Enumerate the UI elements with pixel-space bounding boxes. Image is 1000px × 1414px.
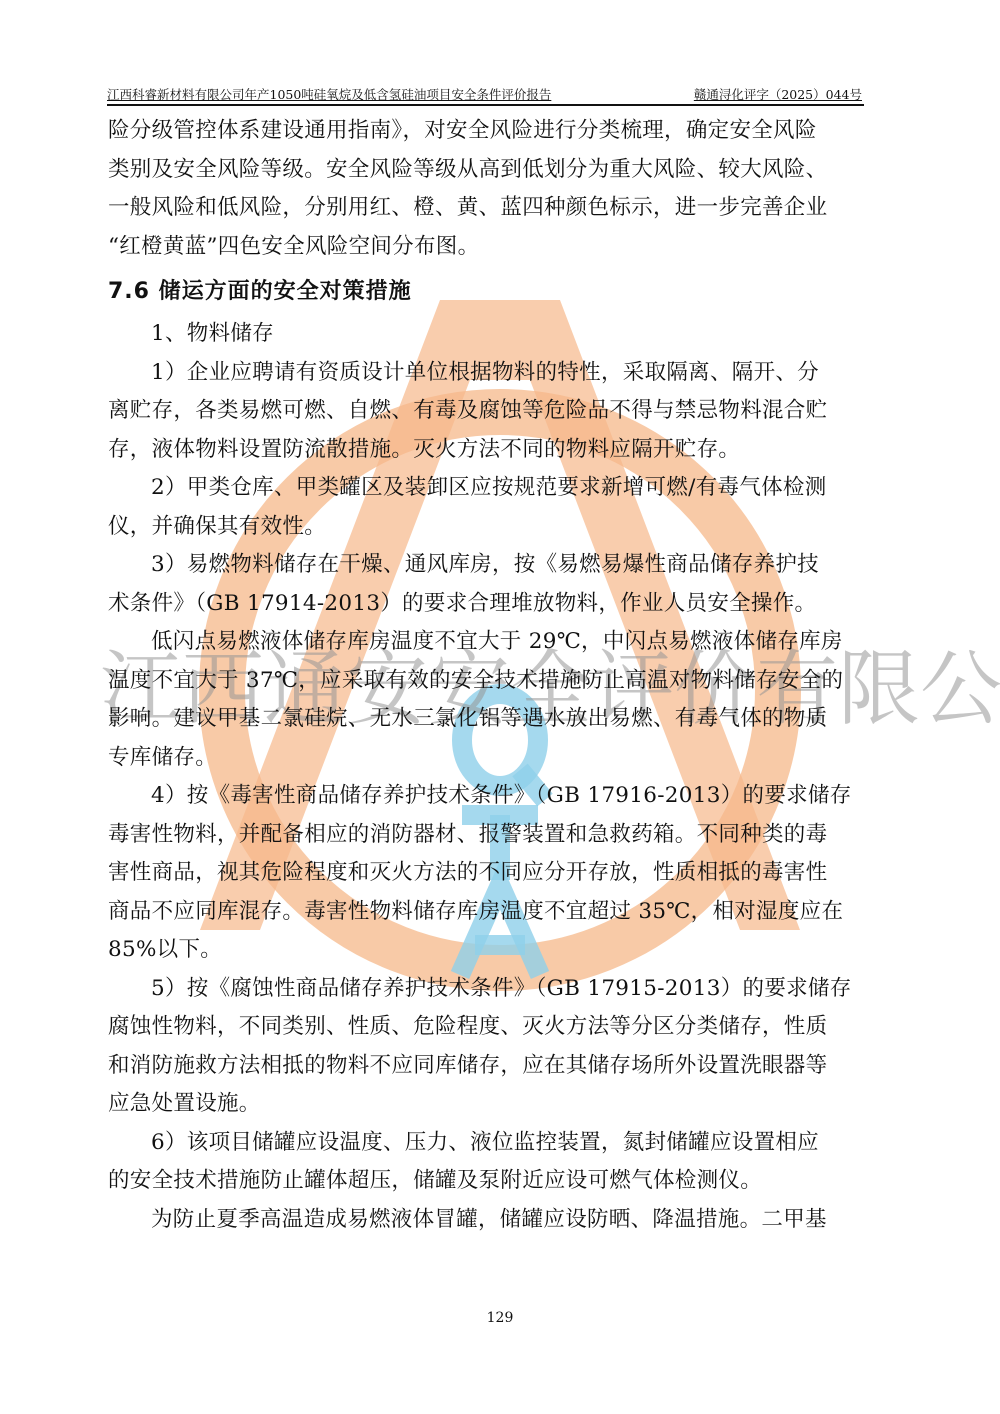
paragraph-line: 为防止夏季高温造成易燃液体冒罐，储罐应设防晒、降温措施。二甲基 [108,1201,868,1240]
paragraph-line: 和消防施救方法相抵的物料不应同库储存，应在其储存场所外设置洗眼器等 [108,1047,868,1086]
paragraph-line: 应急处置设施。 [108,1085,868,1124]
paragraph-line: 3）易燃物料储存在干燥、通风库房，按《易燃易爆性商品储存养护技 [108,546,868,585]
paragraph-line: 温度不宜大于 37℃，应采取有效的安全技术措施防止高温对物料储存安全的 [108,662,868,701]
text-line: “红橙黄蓝”四色安全风险空间分布图。 [108,228,868,267]
paragraph-line: 仪，并确保其有效性。 [108,508,868,547]
report-number: 赣通浔化评字（2025）044号 [694,85,862,103]
section-heading: 7.6 储运方面的安全对策措施 [108,269,868,315]
paragraph-line: 5）按《腐蚀性商品储存养护技术条件》（GB 17915-2013）的要求储存 [108,970,868,1009]
paragraph-line: 害性商品，视其危险程度和灭火方法的不同应分开存放，性质相抵的毒害性 [108,854,868,893]
paragraph-line: 术条件》（GB 17914-2013）的要求合理堆放物料，作业人员安全操作。 [108,585,868,624]
paragraph-line: 离贮存，各类易燃可燃、自燃、有毒及腐蚀等危险品不得与禁忌物料混合贮 [108,392,868,431]
page-number: 129 [0,1310,1000,1326]
report-title: 江西科睿新材料有限公司年产1050吨硅氧烷及低含氢硅油项目安全条件评价报告 [107,85,551,103]
paragraph-line: 2）甲类仓库、甲类罐区及装卸区应按规范要求新增可燃/有毒气体检测 [108,469,868,508]
paragraph-line: 腐蚀性物料，不同类别、性质、危险程度、灭火方法等分区分类储存，性质 [108,1008,868,1047]
paragraph-line: 的安全技术措施防止罐体超压，储罐及泵附近应设可燃气体检测仪。 [108,1162,868,1201]
text-line: 一般风险和低风险，分别用红、橙、黄、蓝四种颜色标示，进一步完善企业 [108,189,868,228]
paragraph-line: 6）该项目储罐应设温度、压力、液位监控装置，氮封储罐应设置相应 [108,1124,868,1163]
paragraph-line: 专库储存。 [108,739,868,778]
paragraph-line: 影响。建议甲基二氯硅烷、无水三氯化铝等遇水放出易燃、有毒气体的物质 [108,700,868,739]
paragraph-line: 商品不应同库混存。毒害性物料储存库房温度不宜超过 35℃，相对湿度应在 [108,893,868,932]
page-content: 险分级管控体系建设通用指南》，对安全风险进行分类梳理，确定安全风险 类别及安全风… [108,112,868,1239]
paragraph-line: 1）企业应聘请有资质设计单位根据物料的特性，采取隔离、隔开、分 [108,354,868,393]
page-header: 江西科睿新材料有限公司年产1050吨硅氧烷及低含氢硅油项目安全条件评价报告 赣通… [107,84,864,106]
text-line: 险分级管控体系建设通用指南》，对安全风险进行分类梳理，确定安全风险 [108,112,868,151]
paragraph-line: 毒害性物料，并配备相应的消防器材、报警装置和急救药箱。不同种类的毒 [108,816,868,855]
paragraph-line: 存，液体物料设置防流散措施。灭火方法不同的物料应隔开贮存。 [108,431,868,470]
paragraph-line: 4）按《毒害性商品储存养护技术条件》（GB 17916-2013）的要求储存 [108,777,868,816]
paragraph-line: 低闪点易燃液体储存库房温度不宜大于 29℃，中闪点易燃液体储存库房 [108,623,868,662]
text-line: 类别及安全风险等级。安全风险等级从高到低划分为重大风险、较大风险、 [108,151,868,190]
paragraph-line: 85%以下。 [108,931,868,970]
subsection-title: 1、物料储存 [108,315,868,354]
